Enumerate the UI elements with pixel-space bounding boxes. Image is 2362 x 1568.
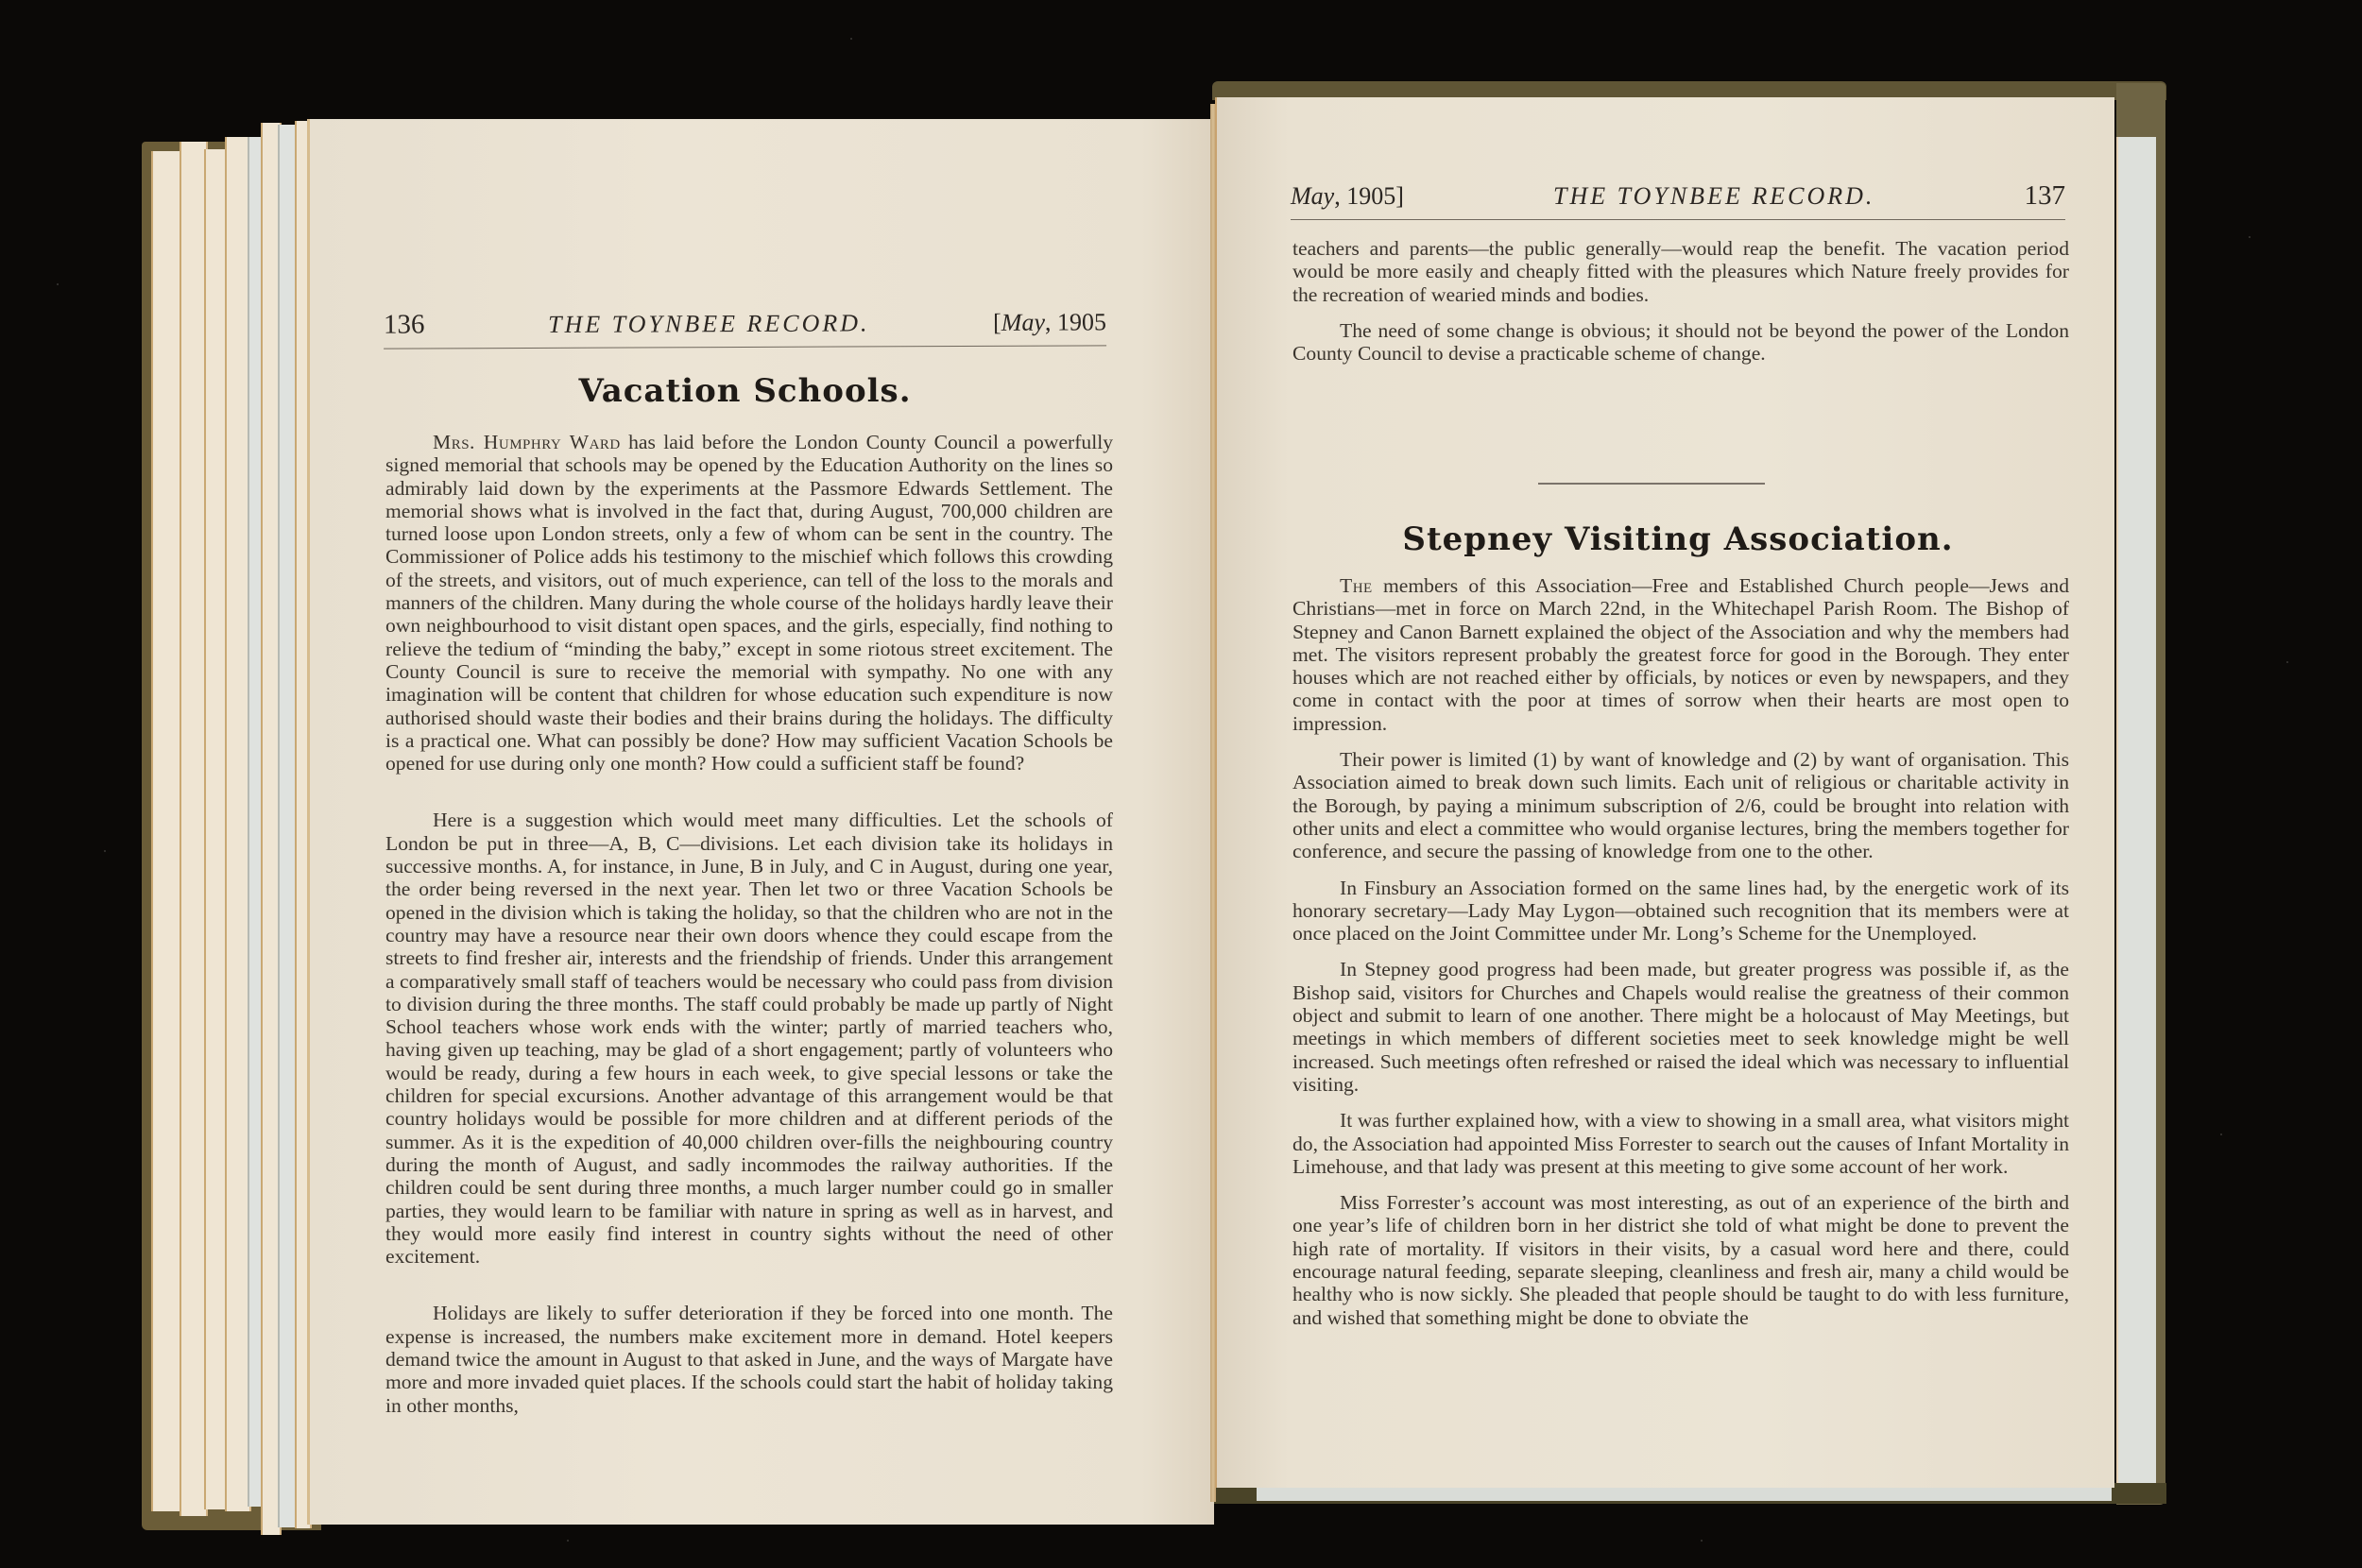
- paragraph: Their power is limited (1) by want of kn…: [1292, 748, 2069, 862]
- paragraph: Here is a suggestion which would meet ma…: [385, 809, 1113, 1268]
- paragraph: The members of this Association—Free and…: [1292, 574, 2069, 735]
- paragraph: It was further explained how, with a vie…: [1292, 1109, 2069, 1178]
- paragraph: teachers and parents—the public generall…: [1292, 237, 2069, 306]
- page-number: 137: [2025, 180, 2066, 212]
- article-body: Mrs. Humphry Ward has laid before the Lo…: [385, 431, 1113, 1430]
- paragraph: In Stepney good progress had been made, …: [1292, 958, 2069, 1096]
- bracket: [: [993, 309, 1001, 336]
- paragraph-text: members of this Association—Free and Est…: [1292, 574, 2069, 735]
- issue-year: , 1905]: [1334, 182, 1404, 210]
- issue-month: May: [1001, 309, 1045, 336]
- paragraph: Holidays are likely to suffer deteriorat…: [385, 1302, 1113, 1416]
- lead-in: Mrs. Humphry Ward: [433, 431, 621, 453]
- issue-date: [May, 1905: [993, 308, 1106, 337]
- paragraph: Mrs. Humphry Ward has laid before the Lo…: [385, 431, 1113, 775]
- issue-year: , 1905: [1045, 308, 1106, 335]
- publication-title: THE TOYNBEE RECORD.: [548, 309, 870, 338]
- page-137: May, 1905] THE TOYNBEE RECORD. 137 teach…: [1215, 97, 2114, 1488]
- paragraph-text: has laid before the London County Counci…: [385, 431, 1113, 775]
- running-head: 136 THE TOYNBEE RECORD. [May, 1905: [384, 306, 1106, 349]
- article-body: The members of this Association—Free and…: [1292, 574, 2069, 1342]
- issue-date: May, 1905]: [1291, 182, 1404, 211]
- page-edge-stack: [151, 151, 183, 1511]
- paragraph: In Finsbury an Association formed on the…: [1292, 877, 2069, 946]
- page-136: 136 THE TOYNBEE RECORD. [May, 1905 Vacat…: [307, 119, 1214, 1525]
- bottom-page-edge: [1257, 1488, 2112, 1501]
- article-title: Stepney Visiting Association.: [1291, 520, 2065, 558]
- section-divider: [1538, 483, 1765, 485]
- paragraph: Miss Forrester’s account was most intere…: [1292, 1191, 2069, 1329]
- lead-in: The: [1340, 574, 1373, 597]
- running-head: May, 1905] THE TOYNBEE RECORD. 137: [1291, 180, 2065, 220]
- article-title: Vacation Schools.: [384, 372, 1106, 410]
- continued-text: teachers and parents—the public generall…: [1292, 237, 2069, 378]
- paragraph: The need of some change is obvious; it s…: [1292, 319, 2069, 366]
- publication-title: THE TOYNBEE RECORD.: [1553, 182, 1874, 211]
- issue-month: May: [1291, 182, 1334, 210]
- page-number: 136: [384, 309, 425, 340]
- right-page-edge: [2116, 137, 2156, 1492]
